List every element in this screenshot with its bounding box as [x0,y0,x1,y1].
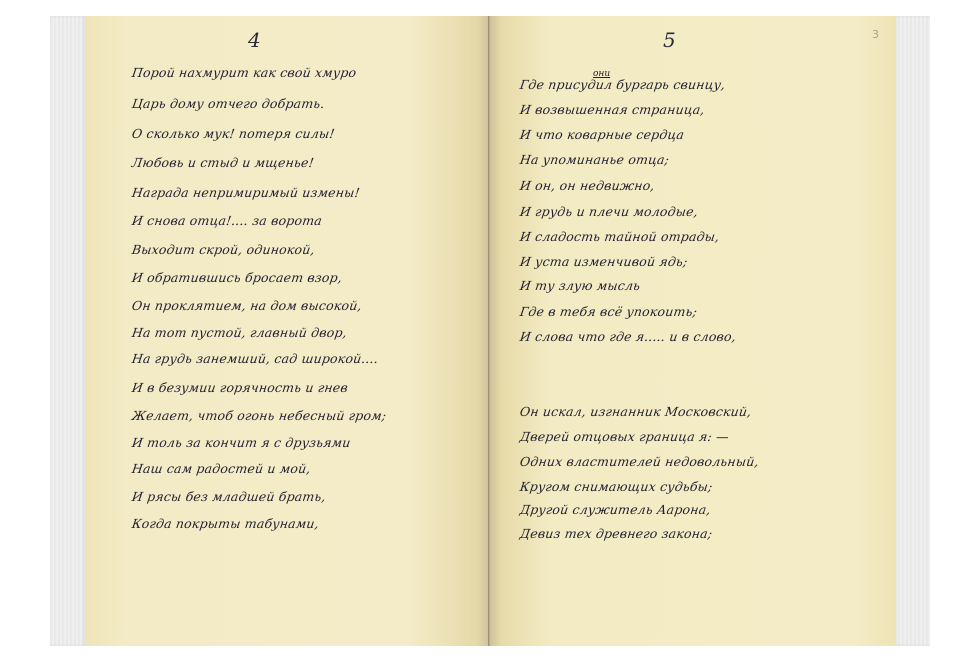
manuscript-line: И грудь и плечи молодые, [519,204,699,219]
manuscript-line: Награда непримиримый измены! [131,185,361,200]
manuscript-line: На грудь занемший, сад широкой.... [131,351,379,366]
manuscript-line: Дверей отцовых граница я: — [519,429,730,444]
manuscript-line: Наш сам радостей и мой, [131,461,312,476]
manuscript-line: Одних властителей недовольный, [519,454,760,469]
manuscript-line: И снова отца!.... за ворота [131,213,323,228]
manuscript-line: И ту злую мысль [519,278,641,293]
manuscript-line: Когда покрыты табунами, [131,516,320,531]
manuscript-line: И возвышенная страница, [519,102,706,117]
pencil-folio-number: 3 [872,28,879,41]
page-number-right: 5 [663,28,676,52]
manuscript-line: И сладость тайной отрады, [519,229,721,244]
manuscript-line: Любовь и стыд и мщенье! [131,155,315,170]
right-fore-edge [894,16,930,646]
manuscript-line: Порой нахмурит как свой хмуро [131,65,357,80]
manuscript-line: Он проклятием, на дом высокой, [131,298,363,313]
manuscript-line: И толь за кончит я с друзьями [131,435,352,450]
right-page: 5 3 они Где присудил бургарь свинцу, И в… [490,16,896,646]
manuscript-line: И уста изменчивой ядь; [519,254,689,269]
manuscript-line: Другой служитель Аарона, [519,502,712,517]
manuscript-line: И рясы без младшей брать, [131,489,327,504]
open-book: 4 Порой нахмурит как свой хмуро Царь дом… [48,16,932,646]
manuscript-line: О сколько мук! потеря силы! [131,126,336,141]
manuscript-line: Он искал, изгнанник Московский, [519,404,753,419]
manuscript-line: Желает, чтоб огонь небесный гром; [131,408,387,423]
manuscript-line: И обратившись бросает взор, [131,270,343,285]
manuscript-line: Выходит скрой, одинокой, [131,242,316,257]
manuscript-line: На упоминанье отца; [519,152,670,167]
left-fore-edge [50,16,86,646]
manuscript-line: На тот пустой, главный двор, [131,325,348,340]
manuscript-line: Где присудил бургарь свинцу, [519,77,726,92]
manuscript-line: И слова что где я..... и в слово, [519,329,737,344]
manuscript-line: И он, он недвижно, [519,178,656,193]
page-number-left: 4 [248,28,261,52]
manuscript-line: И в безумии горячность и гнев [131,380,349,395]
left-page: 4 Порой нахмурит как свой хмуро Царь дом… [85,16,489,646]
manuscript-line: Кругом снимающих судьбы; [519,479,714,494]
manuscript-line: Девиз тех древнего закона; [519,526,713,541]
manuscript-line: Где в тебя всё упокоить; [519,304,698,319]
manuscript-line: И что коварные сердца [519,127,685,142]
manuscript-line: Царь дому отчего добрать. [131,96,326,111]
